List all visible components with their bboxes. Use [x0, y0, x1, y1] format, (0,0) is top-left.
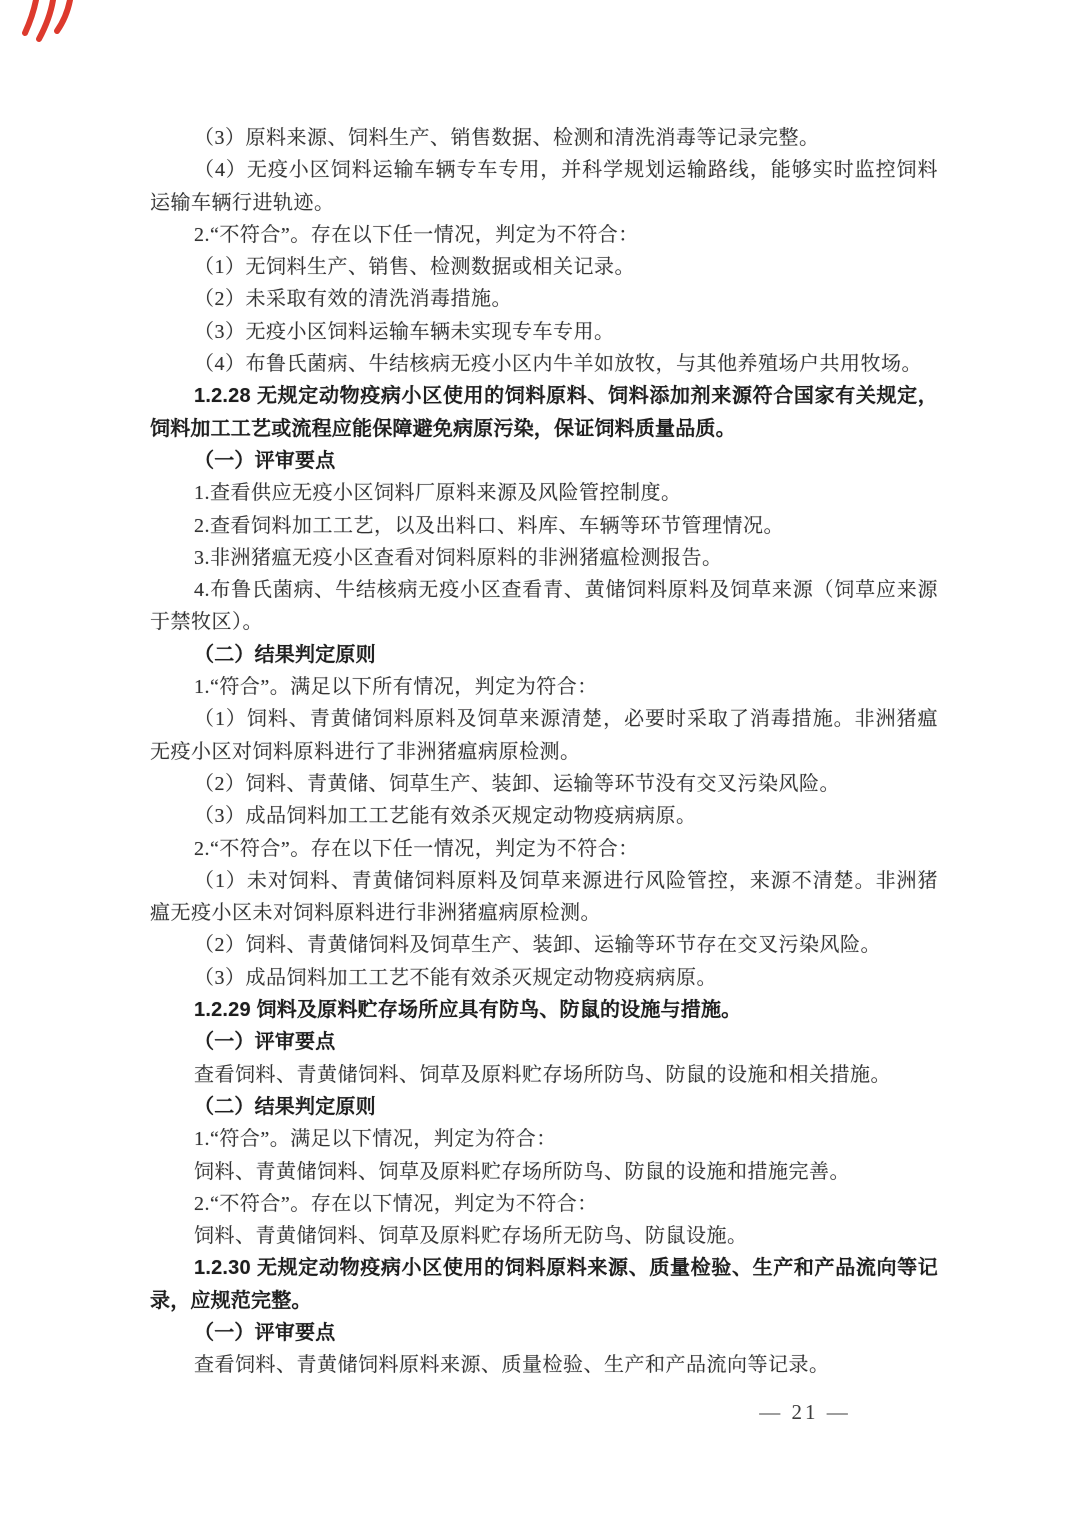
- paragraph: （二）结果判定原则: [150, 1091, 938, 1123]
- paragraph: 1.“符合”。满足以下情况，判定为符合：: [150, 1123, 938, 1155]
- paragraph: （一）评审要点: [150, 1317, 938, 1349]
- paragraph: （2）饲料、青黄储、饲草生产、装卸、运输等环节没有交叉污染风险。: [150, 768, 938, 800]
- paragraph: （一）评审要点: [150, 445, 938, 477]
- paragraph: 1.查看供应无疫小区饲料厂原料来源及风险管控制度。: [150, 477, 938, 509]
- paragraph: （2）饲料、青黄储饲料及饲草生产、装卸、运输等环节存在交叉污染风险。: [150, 929, 938, 961]
- paragraph: （4）无疫小区饲料运输车辆专车专用，并科学规划运输路线，能够实时监控饲料运输车辆…: [150, 154, 938, 219]
- paragraph: 1.“符合”。满足以下所有情况，判定为符合：: [150, 671, 938, 703]
- red-pen-marks-icon: [22, 0, 78, 46]
- paragraph: 饲料、青黄储饲料、饲草及原料贮存场所防鸟、防鼠的设施和措施完善。: [150, 1156, 938, 1188]
- paragraph: （1）未对饲料、青黄储饲料原料及饲草来源进行风险管控，来源不清楚。非洲猪瘟无疫小…: [150, 865, 938, 930]
- paragraph: （3）无疫小区饲料运输车辆未实现专车专用。: [150, 316, 938, 348]
- paragraph: （一）评审要点: [150, 1026, 938, 1058]
- paragraph: （3）成品饲料加工工艺不能有效杀灭规定动物疫病病原。: [150, 962, 938, 994]
- paragraph: 2.查看饲料加工工艺，以及出料口、料库、车辆等环节管理情况。: [150, 510, 938, 542]
- paragraph: 2.“不符合”。存在以下任一情况，判定为不符合：: [150, 219, 938, 251]
- paragraph: 查看饲料、青黄储饲料、饲草及原料贮存场所防鸟、防鼠的设施和相关措施。: [150, 1059, 938, 1091]
- paragraph: （1）饲料、青黄储饲料原料及饲草来源清楚，必要时采取了消毒措施。非洲猪瘟无疫小区…: [150, 703, 938, 768]
- paragraph: （4）布鲁氏菌病、牛结核病无疫小区内牛羊如放牧，与其他养殖场户共用牧场。: [150, 348, 938, 380]
- paragraph: （2）未采取有效的清洗消毒措施。: [150, 283, 938, 315]
- paragraph: （1）无饲料生产、销售、检测数据或相关记录。: [150, 251, 938, 283]
- page-number: — 21 —: [0, 1400, 1080, 1425]
- paragraph: 1.2.30 无规定动物疫病小区使用的饲料原料来源、质量检验、生产和产品流向等记…: [150, 1252, 938, 1317]
- paragraph: 1.2.28 无规定动物疫病小区使用的饲料原料、饲料添加剂来源符合国家有关规定，…: [150, 380, 938, 445]
- paragraph: 2.“不符合”。存在以下任一情况，判定为不符合：: [150, 833, 938, 865]
- paragraph: （二）结果判定原则: [150, 639, 938, 671]
- paragraph: 饲料、青黄储饲料、饲草及原料贮存场所无防鸟、防鼠设施。: [150, 1220, 938, 1252]
- document-body: （3）原料来源、饲料生产、销售数据、检测和清洗消毒等记录完整。（4）无疫小区饲料…: [150, 122, 938, 1382]
- paragraph: 1.2.29 饲料及原料贮存场所应具有防鸟、防鼠的设施与措施。: [150, 994, 938, 1026]
- paragraph: （3）原料来源、饲料生产、销售数据、检测和清洗消毒等记录完整。: [150, 122, 938, 154]
- paragraph: 3.非洲猪瘟无疫小区查看对饲料原料的非洲猪瘟检测报告。: [150, 542, 938, 574]
- paragraph: 4.布鲁氏菌病、牛结核病无疫小区查看青、黄储饲料原料及饲草来源（饲草应来源于禁牧…: [150, 574, 938, 639]
- paragraph: （3）成品饲料加工工艺能有效杀灭规定动物疫病病原。: [150, 800, 938, 832]
- document-page: （3）原料来源、饲料生产、销售数据、检测和清洗消毒等记录完整。（4）无疫小区饲料…: [0, 0, 1080, 1527]
- paragraph: 2.“不符合”。存在以下情况，判定为不符合：: [150, 1188, 938, 1220]
- paragraph: 查看饲料、青黄储饲料原料来源、质量检验、生产和产品流向等记录。: [150, 1349, 938, 1381]
